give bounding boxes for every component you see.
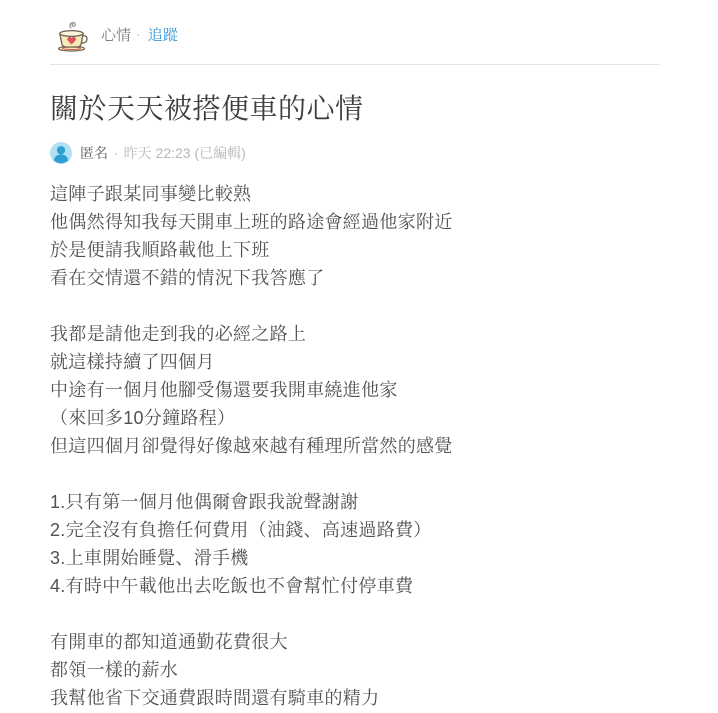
post-title: 關於天天被搭便車的心情	[50, 92, 660, 126]
post-text-line: （來回多10分鐘路程）	[50, 404, 660, 432]
post-timestamp: ·昨天 22:23 (已編輯)	[114, 143, 246, 163]
post-text-line: 我幫他省下交通費跟時間還有騎車的精力	[50, 684, 660, 712]
post-text-line: 1.只有第一個月他偶爾會跟我說聲謝謝	[50, 488, 660, 516]
paragraph: 我都是請他走到我的必經之路上 就這樣持續了四個月 中途有一個月他腳受傷還要我開車…	[50, 320, 660, 460]
board-name[interactable]: 心情	[101, 24, 131, 45]
post-text-line: 於是便請我順路載他上下班	[50, 236, 660, 264]
post-text-line: 就這樣持續了四個月	[50, 348, 660, 376]
anonymous-avatar-icon	[50, 142, 72, 164]
post-text-line: 看在交情還不錯的情況下我答應了	[50, 264, 660, 292]
coffee-cup-heart-icon	[52, 14, 92, 54]
paragraph: 1.只有第一個月他偶爾會跟我說聲謝謝 2.完全沒有負擔任何費用（油錢、高速過路費…	[50, 488, 660, 600]
post-text-line: 3.上車開始睡覺、滑手機	[50, 544, 660, 572]
post-text-line: 這陣子跟某同事變比較熟	[50, 180, 660, 208]
author-row: 匿名 ·昨天 22:23 (已編輯)	[50, 142, 660, 164]
post-text-line: 我都是請他走到我的必經之路上	[50, 320, 660, 348]
post-page: 心情 · 追蹤 關於天天被搭便車的心情 匿名 ·昨天 22:23 (已編輯)	[0, 0, 718, 713]
separator-dot: ·	[136, 26, 141, 42]
post-content: 這陣子跟某同事變比較熟 他偶然得知我每天開車上班的路途會經過他家附近 於是便請我…	[50, 180, 660, 712]
board-header: 心情 · 追蹤	[50, 0, 660, 54]
header-divider	[50, 64, 660, 65]
separator-dot: ·	[114, 145, 119, 161]
post-text-line: 中途有一個月他腳受傷還要我開車繞進他家	[50, 376, 660, 404]
follow-link[interactable]: 追蹤	[148, 24, 178, 45]
post-text-line: 2.完全沒有負擔任何費用（油錢、高速過路費）	[50, 516, 660, 544]
timestamp-text: 昨天 22:23 (已編輯)	[124, 145, 246, 161]
post-text-line: 都領一樣的薪水	[50, 656, 660, 684]
paragraph: 有開車的都知道通勤花費很大 都領一樣的薪水 我幫他省下交通費跟時間還有騎車的精力	[50, 628, 660, 712]
post-text-line: 但這四個月卻覺得好像越來越有種理所當然的感覺	[50, 432, 660, 460]
post-text-line: 他偶然得知我每天開車上班的路途會經過他家附近	[50, 208, 660, 236]
post-text-line: 4.有時中午載他出去吃飯也不會幫忙付停車費	[50, 572, 660, 600]
paragraph: 這陣子跟某同事變比較熟 他偶然得知我每天開車上班的路途會經過他家附近 於是便請我…	[50, 180, 660, 292]
post-text-line: 有開車的都知道通勤花費很大	[50, 628, 660, 656]
post: 關於天天被搭便車的心情 匿名 ·昨天 22:23 (已編輯) 這陣子跟某同事變比…	[50, 92, 660, 712]
author-name: 匿名	[80, 143, 108, 163]
